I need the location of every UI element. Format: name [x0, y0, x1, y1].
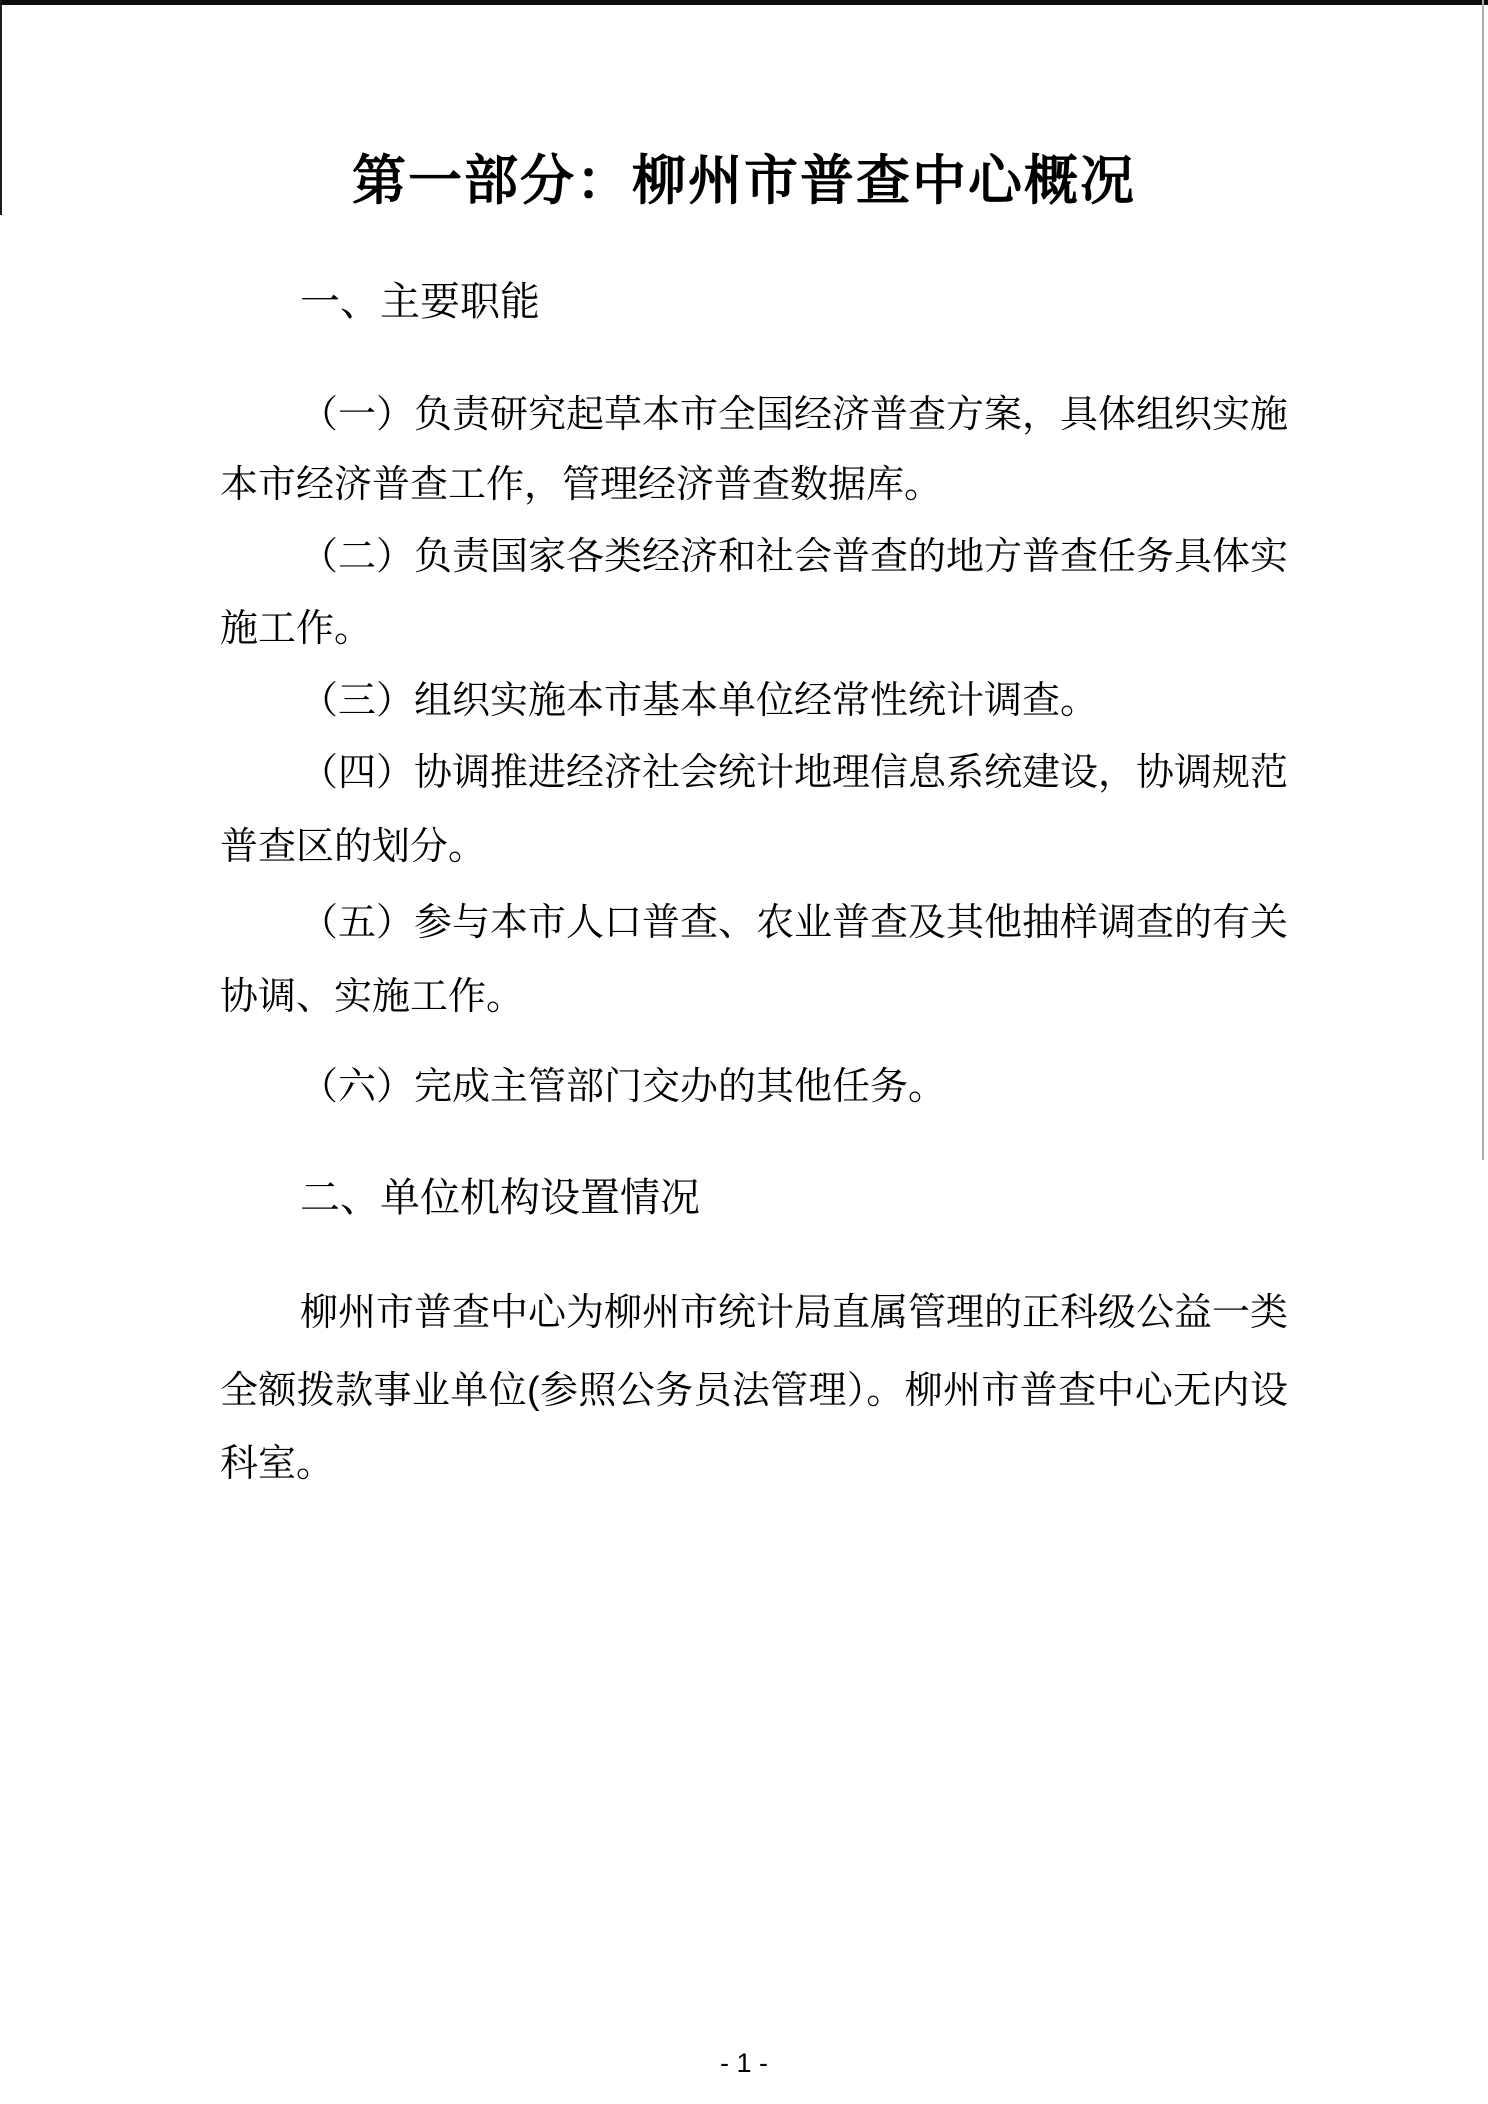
body-line: 科室。 — [220, 1443, 334, 1485]
body-line: （三）组织实施本市基本单位经常性统计调查。 — [300, 680, 1098, 722]
page-number: - 1 - — [0, 2048, 1488, 2078]
body-line: 全额拨款事业单位(参照公务员法管理）。柳州市普查中心无内设 — [220, 1370, 1288, 1412]
body-line: （六）完成主管部门交办的其他任务。 — [300, 1066, 946, 1108]
page-title: 第一部分：柳州市普查中心概况 — [0, 152, 1488, 210]
section-heading: 二、单位机构设置情况 — [300, 1176, 700, 1220]
body-line: （四）协调推进经济社会统计地理信息系统建设，协调规范 — [300, 752, 1288, 794]
document-page: 第一部分：柳州市普查中心概况 一、主要职能 （一）负责研究起草本市全国经济普查方… — [0, 0, 1488, 2104]
section-heading: 一、主要职能 — [300, 280, 540, 324]
body-line: 协调、实施工作。 — [220, 976, 524, 1018]
body-line: （二）负责国家各类经济和社会普查的地方普查任务具体实 — [300, 536, 1288, 578]
body-line: 普查区的划分。 — [220, 826, 486, 868]
scan-top-edge-artifact — [0, 0, 1488, 5]
body-line: 柳州市普查中心为柳州市统计局直属管理的正科级公益一类 — [300, 1292, 1288, 1334]
body-line: （一）负责研究起草本市全国经济普查方案，具体组织实施 — [300, 394, 1288, 436]
body-line: 施工作。 — [220, 608, 372, 650]
body-line: （五）参与本市人口普查、农业普查及其他抽样调查的有关 — [300, 902, 1288, 944]
body-line: 本市经济普查工作，管理经济普查数据库。 — [220, 464, 942, 506]
